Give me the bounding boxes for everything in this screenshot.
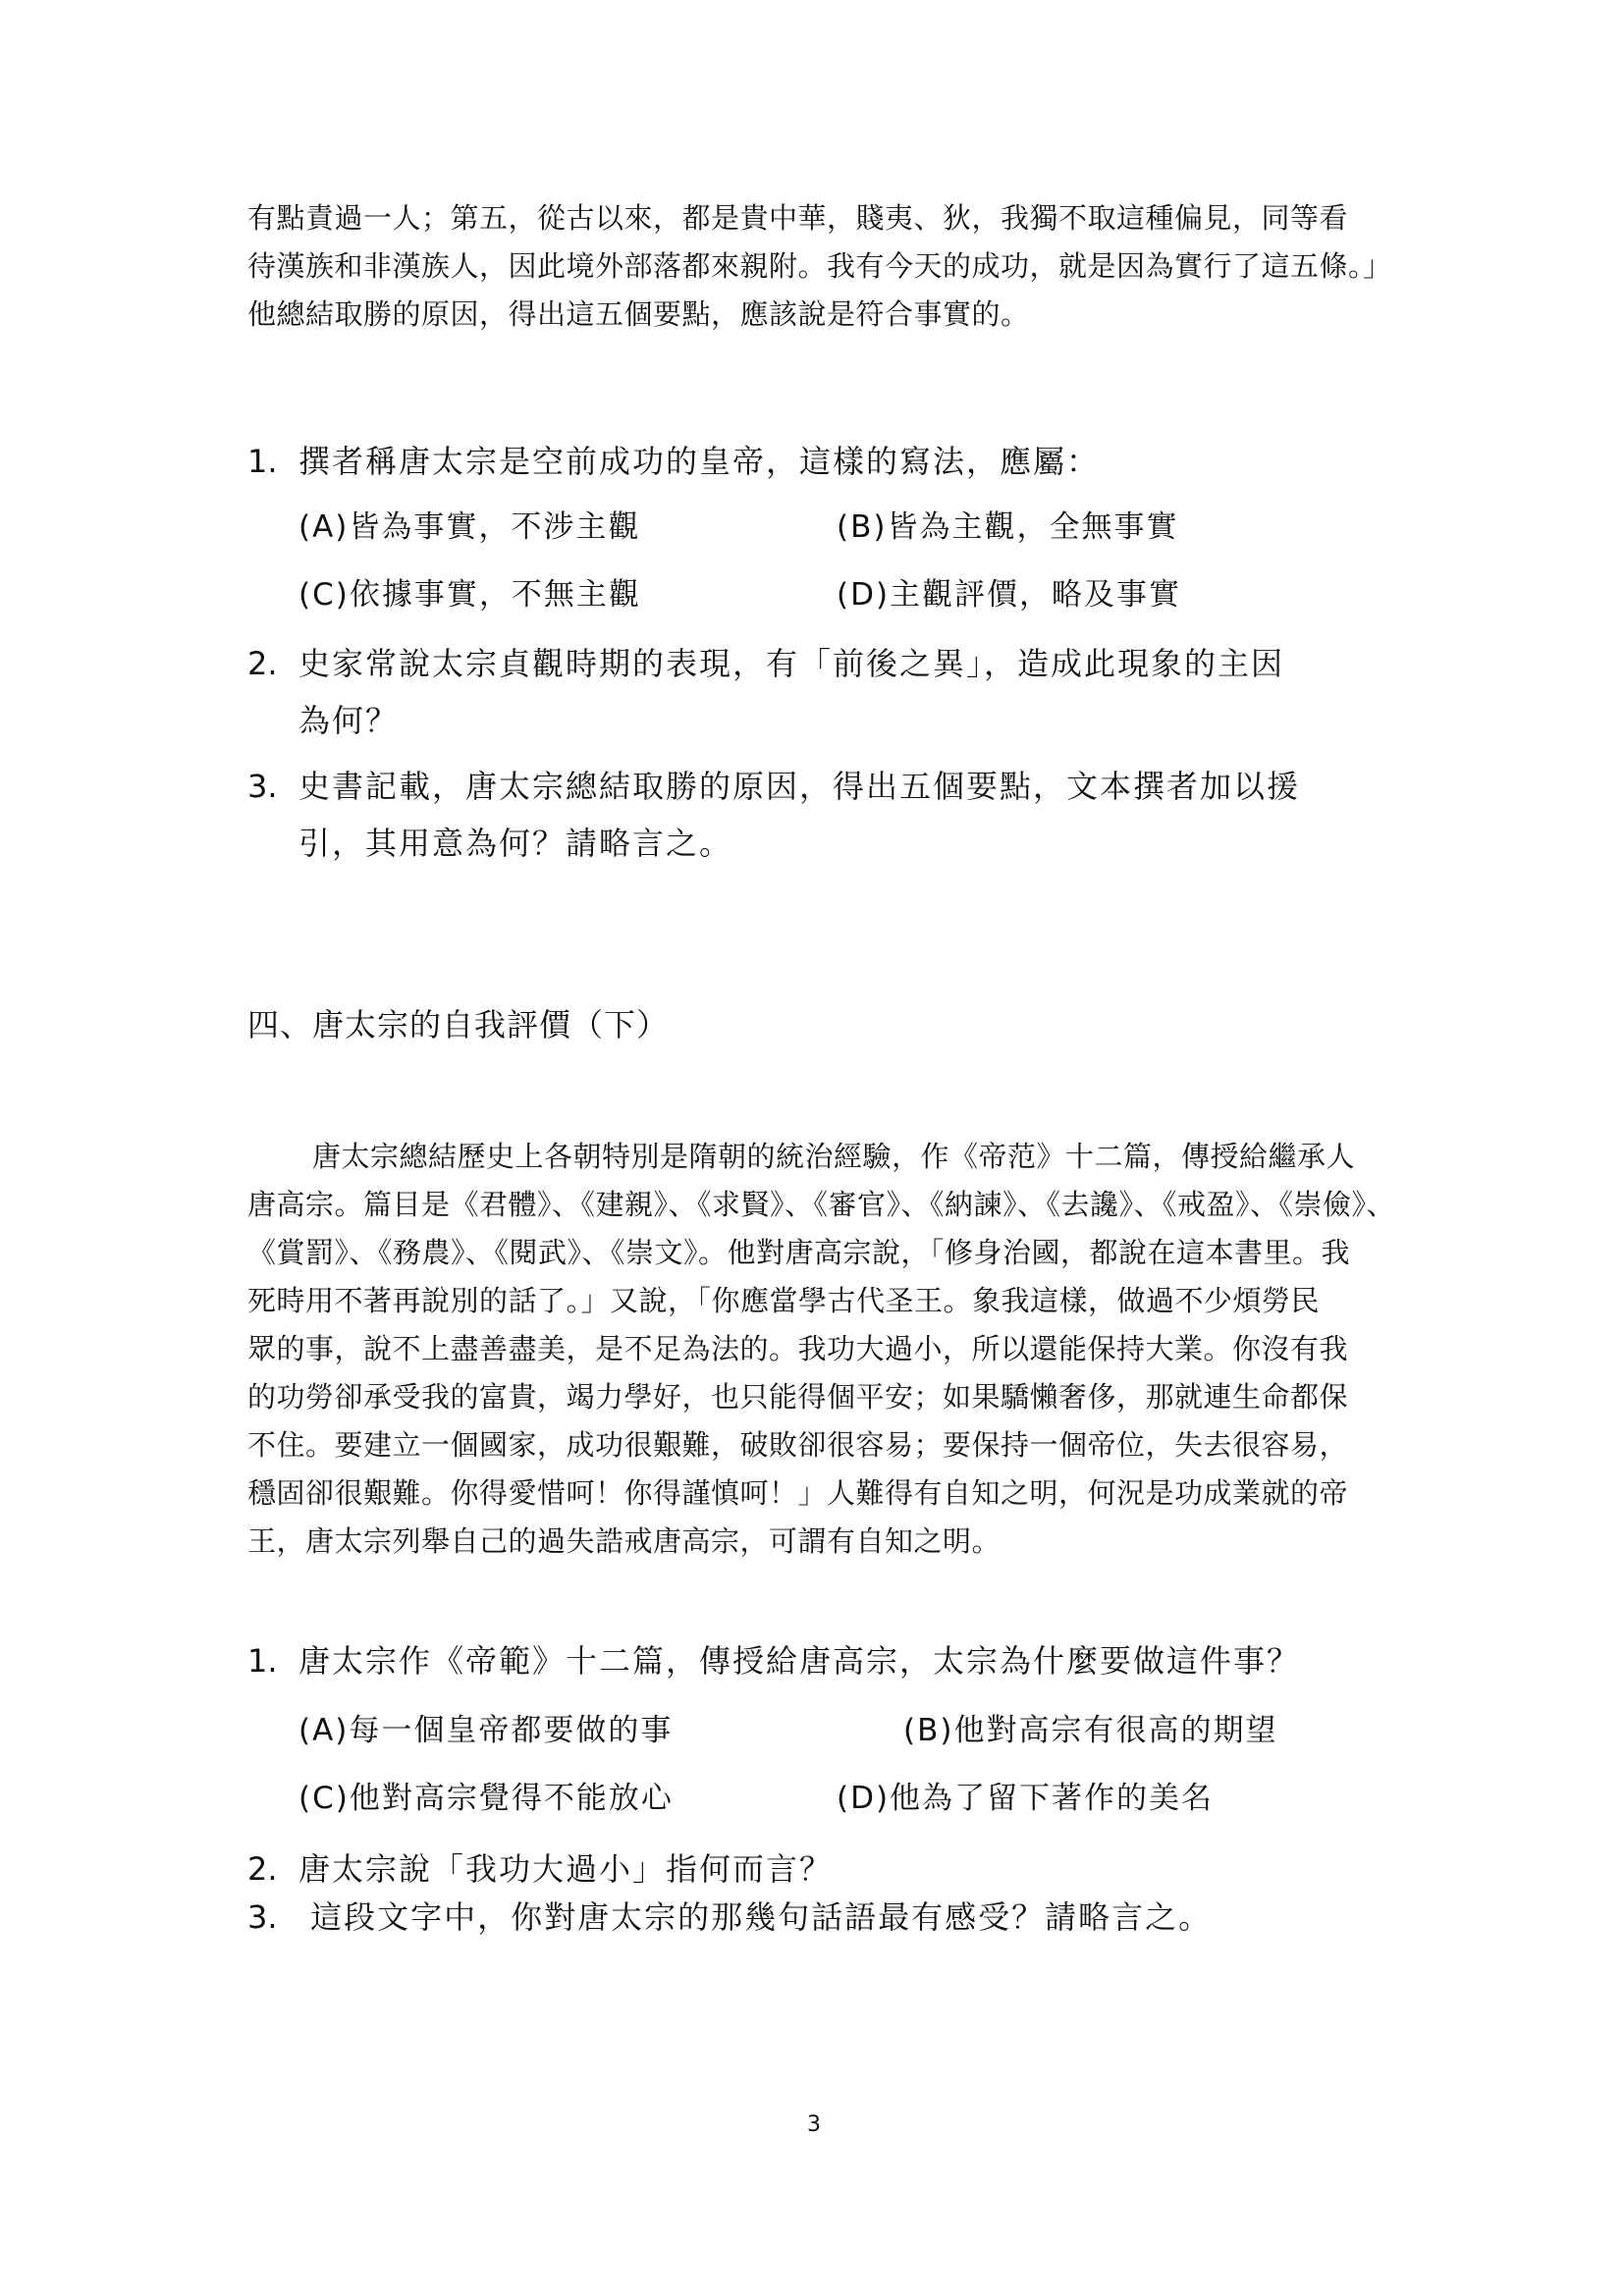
question-number: 1. (247, 1641, 298, 1681)
question-text-continued: 為何？ (298, 701, 399, 740)
option-b: (B)皆為主觀，全無事實 (837, 507, 1178, 547)
option-a: (A)皆為事實，不涉主觀 (298, 507, 640, 547)
option-d: (D)他為了留下著作的美名 (837, 1779, 1214, 1818)
page-number: 3 (807, 2112, 821, 2137)
option-c: (C)依據事實，不無主觀 (298, 575, 641, 614)
question-number: 3. (247, 1897, 298, 1937)
question-text: 這段文字中，你對唐太宗的那幾句話語最有感受？請略言之。 (298, 1898, 1212, 1936)
question-number: 2. (247, 644, 298, 683)
question-number: 1. (247, 442, 298, 481)
option-a: (A)每一個皇帝都要做的事 (298, 1711, 673, 1750)
question-3: 3. 這段文字中，你對唐太宗的那幾句話語最有感受？請略言之。 (247, 1897, 1212, 1937)
question-text: 史家常說太宗貞觀時期的表現，有「前後之異」，造成此現象的主因 (298, 645, 1284, 682)
paragraph-line: 有點責過一人；第五，從古以來，都是貴中華，賤夷、狄，我獨不取這種偏見，同等看 (247, 200, 1348, 236)
paragraph-line: 穩固卻很艱難。你得愛惜呵！你得謹慎呵！」人難得有自知之明，何況是功成業就的帝 (247, 1475, 1348, 1511)
question-2: 2.唐太宗說「我功大過小」指何而言？ (247, 1849, 833, 1889)
paragraph-line: 唐太宗總結歷史上各朝特別是隋朝的統治經驗，作《帝范》十二篇，傳授給繼承人 (312, 1139, 1355, 1174)
question-text: 唐太宗說「我功大過小」指何而言？ (298, 1850, 833, 1888)
question-2: 2.史家常說太宗貞觀時期的表現，有「前後之異」，造成此現象的主因 (247, 644, 1284, 683)
paragraph-line: 《賞罰》、《務農》、《閱武》、《崇文》。他對唐高宗說，「修身治國，都說在這本書里… (247, 1235, 1350, 1270)
question-text: 史書記載，唐太宗總結取勝的原因，得出五個要點，文本撰者加以援 (298, 768, 1300, 805)
question-number: 2. (247, 1849, 298, 1889)
paragraph-line: 待漢族和非漢族人，因此境外部落都來親附。我有今天的成功，就是因為實行了這五條。」 (247, 248, 1392, 284)
question-1: 1.唐太宗作《帝範》十二篇，傳授給唐高宗，太宗為什麼要做這件事？ (247, 1641, 1300, 1681)
question-text: 唐太宗作《帝範》十二篇，傳授給唐高宗，太宗為什麼要做這件事？ (298, 1642, 1300, 1680)
question-3: 3.史書記載，唐太宗總結取勝的原因，得出五個要點，文本撰者加以援 (247, 767, 1300, 806)
paragraph-line: 眾的事，說不上盡善盡美，是不足為法的。我功大過小，所以還能保持大業。你沒有我 (247, 1331, 1348, 1366)
option-c: (C)他對高宗覺得不能放心 (298, 1779, 674, 1818)
paragraph-line: 死時用不著再說別的話了。」又說，「你應當學古代圣王。象我這樣，做過不少煩勞民 (247, 1283, 1320, 1318)
paragraph-line: 不住。要建立一個國家，成功很艱難，破敗卻很容易；要保持一個帝位，失去很容易， (247, 1427, 1348, 1463)
paragraph-line: 王，唐太宗列舉自己的過失誥戒唐高宗，可謂有自知之明。 (247, 1523, 1001, 1559)
question-text: 撰者稱唐太宗是空前成功的皇帝，這樣的寫法，應屬： (298, 443, 1100, 480)
paragraph-line: 他總結取勝的原因，得出這五個要點，應該說是符合事實的。 (247, 296, 1030, 332)
paragraph-line: 唐高宗。篇目是《君體》、《建親》、《求賢》、《審官》、《納諫》、《去讒》、《戒盈… (247, 1187, 1395, 1222)
section-heading: 四、唐太宗的自我評價（下） (247, 1005, 669, 1044)
question-number: 3. (247, 767, 298, 806)
paragraph-line: 的功勞卻承受我的富貴，竭力學好，也只能得個平安；如果驕懶奢侈，那就連生命都保 (247, 1379, 1348, 1415)
question-text-continued: 引，其用意為何？請略言之。 (298, 824, 732, 863)
question-1: 1.撰者稱唐太宗是空前成功的皇帝，這樣的寫法，應屬： (247, 442, 1100, 481)
document-page: 有點責過一人；第五，從古以來，都是貴中華，賤夷、狄，我獨不取這種偏見，同等看 待… (0, 0, 1624, 2296)
option-b: (B)他對高宗有很高的期望 (903, 1711, 1277, 1750)
option-d: (D)主觀評價，略及事實 (837, 575, 1181, 614)
